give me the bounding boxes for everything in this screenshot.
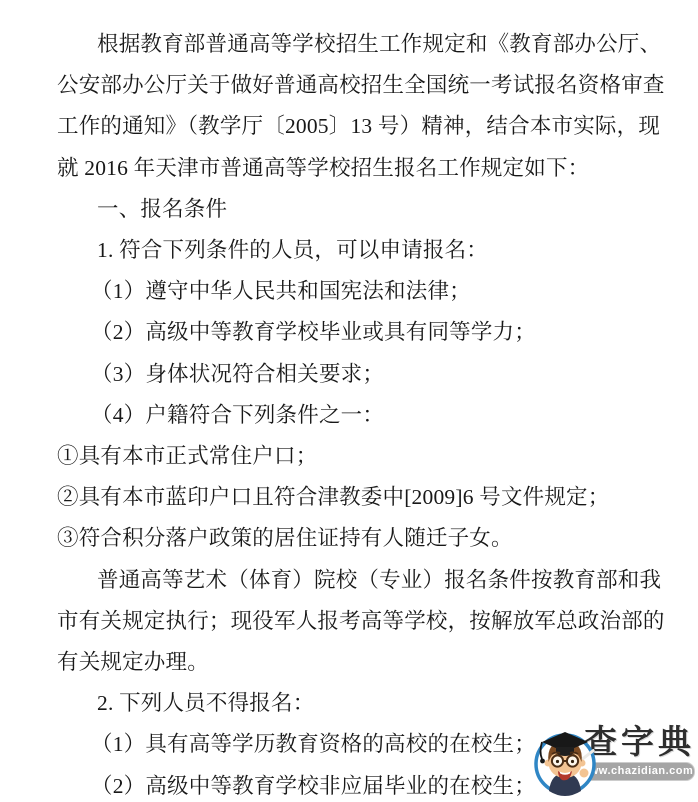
list-item: （4）户籍符合下列条件之一： [57, 395, 665, 436]
document-page: 根据教育部普通高等学校招生工作规定和《教育部办公厅、 公安部办公厅关于做好普通高… [0, 0, 698, 802]
text-line: 有关规定办理。 [57, 642, 665, 683]
list-item: （3）身体状况符合相关要求； [57, 354, 665, 395]
chazidian-watermark: 查字典 www.chazidian.com [531, 721, 697, 797]
list-item: ②具有本市蓝印户口且符合津教委中[2009]6 号文件规定； [57, 477, 665, 518]
section-heading: 一、报名条件 [57, 189, 665, 230]
text-line: 市有关规定执行；现役军人报考高等学校，按解放军总政治部的 [57, 601, 665, 642]
text-line: 就 2016 年天津市普通高等学校招生报名工作规定如下： [57, 148, 665, 189]
text-line: 根据教育部普通高等学校招生工作规定和《教育部办公厅、 [57, 24, 665, 65]
text-line: 2. 下列人员不得报名： [57, 683, 665, 724]
text-line: 1. 符合下列条件的人员，可以申请报名： [57, 230, 665, 271]
graduate-student-mascot-icon [531, 721, 601, 797]
text-line: 公安部办公厅关于做好普通高校招生全国统一考试报名资格审查 [57, 65, 665, 106]
list-item: （1）遵守中华人民共和国宪法和法律； [57, 271, 665, 312]
list-item: （2）高级中等教育学校毕业或具有同等学力； [57, 312, 665, 353]
list-item: ③符合积分落户政策的居住证持有人随迁子女。 [57, 518, 665, 559]
text-line: 普通高等艺术（体育）院校（专业）报名条件按教育部和我 [57, 560, 665, 601]
text-line: 工作的通知》（教学厅〔2005〕13 号）精神，结合本市实际，现 [57, 106, 665, 147]
list-item: ①具有本市正式常住户口； [57, 436, 665, 477]
document-body: 根据教育部普通高等学校招生工作规定和《教育部办公厅、 公安部办公厅关于做好普通高… [57, 24, 665, 802]
